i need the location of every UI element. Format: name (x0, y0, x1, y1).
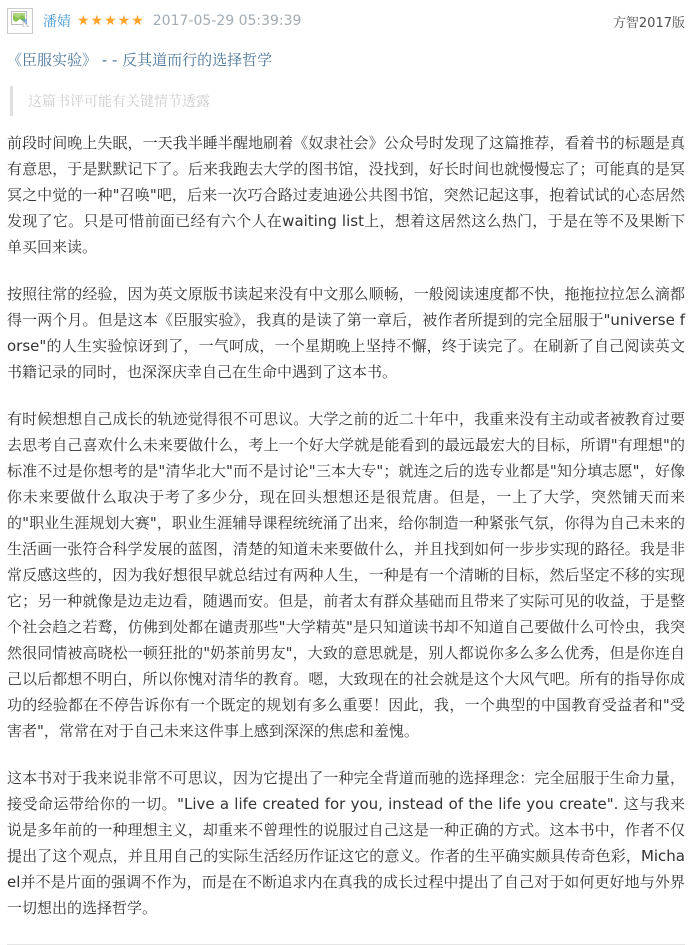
review-date: 2017-05-29 05:39:39 (153, 13, 302, 29)
review-body: 前段时间晚上失眠，一天我半睡半醒地刷着《奴隶社会》公众号时发现了这篇推荐，看着书… (7, 130, 685, 945)
spoiler-notice-text: 这篇书评可能有关键情节透露 (28, 94, 210, 110)
spoiler-notice: 这篇书评可能有关键情节透露 (10, 86, 685, 116)
review-paragraph: 前段时间晚上失眠，一天我半睡半醒地刷着《奴隶社会》公众号时发现了这篇推荐，看着书… (7, 130, 685, 260)
review-title-link[interactable]: 《臣服实验》 - - 反其道而行的选择哲学 (7, 49, 272, 70)
review-paragraph: 这本书对于我来说非常不可思议，因为它提出了一种完全背道而驰的选择理念：完全屈服于… (7, 765, 685, 921)
star-rating: ★★★★★ (77, 13, 145, 29)
username-link[interactable]: 潘婧 (43, 11, 71, 31)
broken-image-icon (11, 11, 29, 31)
review-header: 潘婧 ★★★★★ 2017-05-29 05:39:39 方智2017版 (7, 6, 685, 36)
user-avatar[interactable] (7, 8, 33, 34)
review-paragraph: 按照往常的经验，因为英文原版书读起来没有中文那么顺畅，一般阅读速度都不快，拖拖拉… (7, 281, 685, 385)
edition-link[interactable]: 方智2017版 (613, 12, 685, 31)
review-paragraph: 有时候想想自己成长的轨迹觉得很不可思议。大学之前的近二十年中，我重来没有主动或者… (7, 406, 685, 744)
